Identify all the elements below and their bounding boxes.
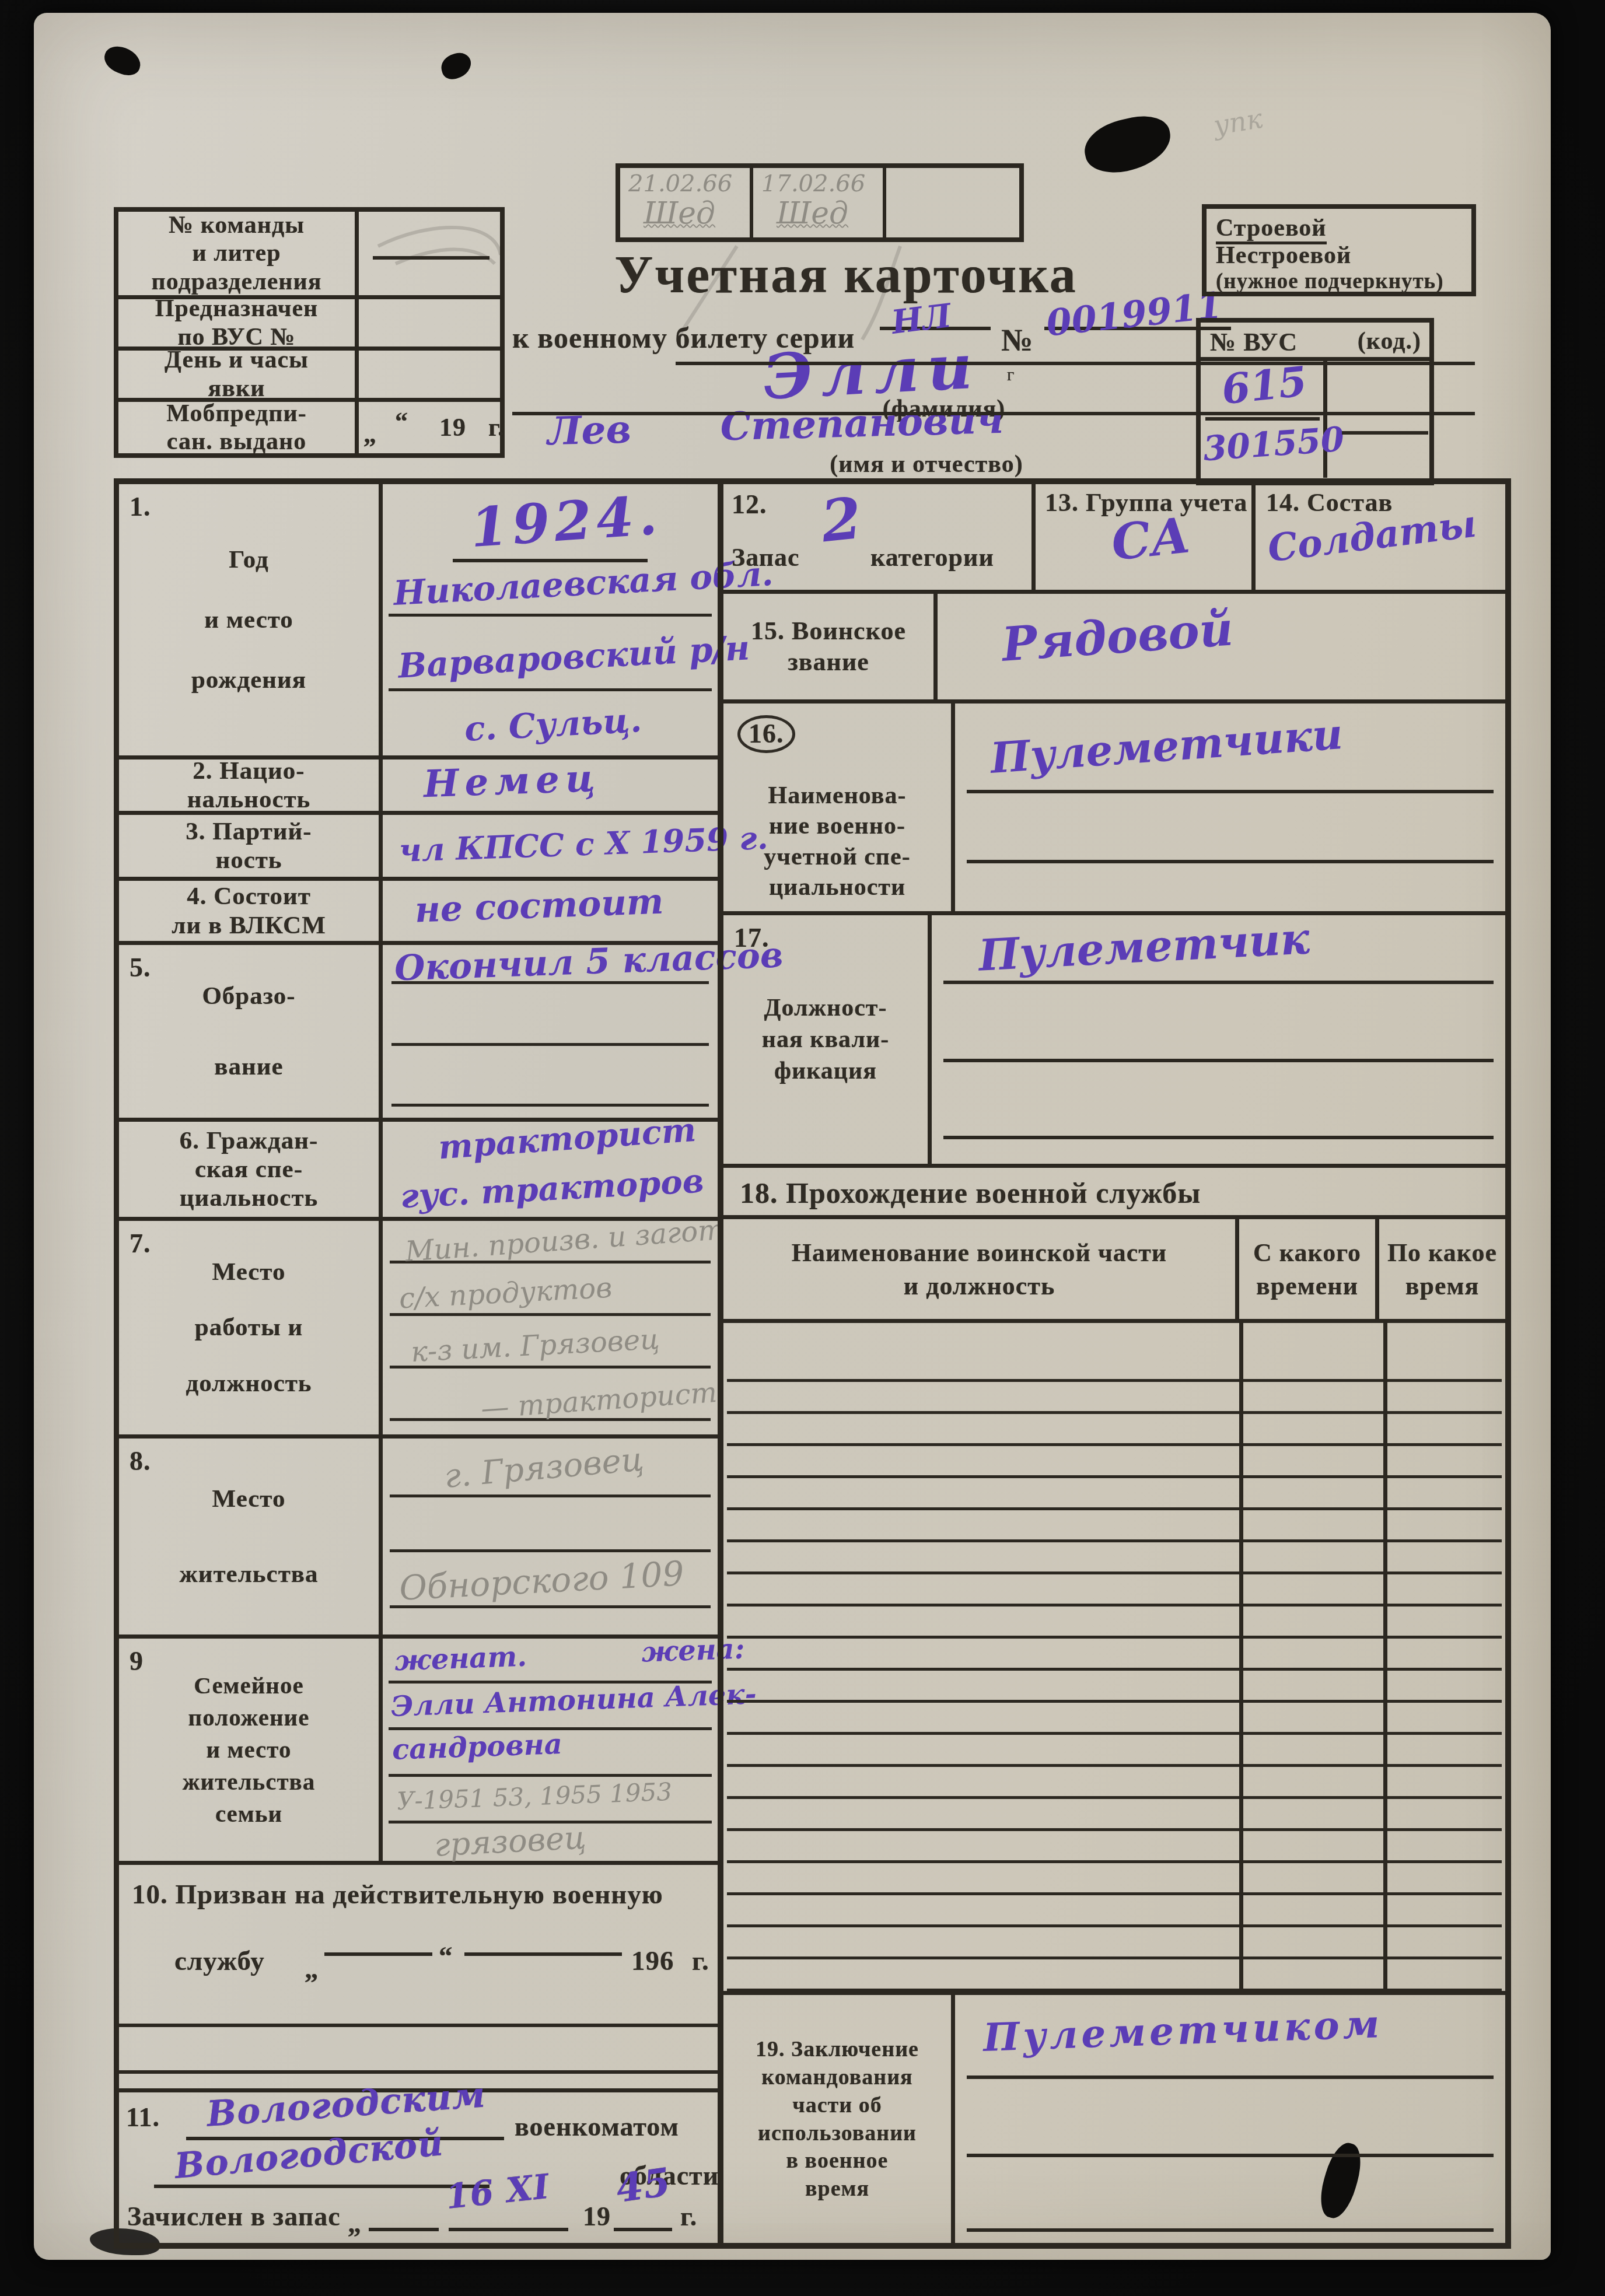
corner-row-vus: Предназначен по ВУС № — [118, 299, 500, 351]
corner-row-label: и литер — [192, 240, 281, 266]
item-number: 8. — [130, 1447, 151, 1476]
registration-stamp-box: 21.02.66 Шед 17.02.66 Шед — [616, 163, 1024, 242]
item-label: ли в ВЛКСМ — [172, 912, 326, 939]
account-group-handwritten: СА — [1109, 506, 1193, 572]
birth-place-handwritten: Николаевская обл. — [393, 554, 774, 613]
reserve-print: Зачислен в запас — [127, 2201, 341, 2232]
komsomol-handwritten: не состоит — [414, 881, 665, 931]
drafted-text: службу — [174, 1945, 265, 1977]
residence-pencil: Обнорского 109 — [398, 1553, 686, 1608]
rule-line — [389, 688, 712, 691]
reserve-category-handwritten: 2 — [818, 485, 865, 555]
item-17-qualification: 17. Должност- ная квали- фикация Пулемет… — [723, 915, 1505, 1168]
column-header-unit: Наименование воинской частии должность — [723, 1219, 1239, 1319]
rule-line — [390, 1549, 711, 1552]
civil-specialty-handwritten: гус. тракторов — [400, 1161, 705, 1216]
service-table-header: Наименование воинской частии должность С… — [723, 1219, 1505, 1323]
rule-line — [967, 2075, 1494, 2079]
reserve-day-handwritten: 16 XI — [444, 2166, 551, 2217]
item-number: 12. — [732, 489, 767, 520]
item-label: положение — [188, 1704, 310, 1731]
stamp-date: 21.02.66 — [628, 170, 732, 197]
item-5-education: 5. Образо- вание Окончил 5 классов — [119, 945, 718, 1122]
voenkomat-print: военкоматом — [515, 2111, 679, 2142]
item-label: звание — [788, 648, 869, 676]
page-title: Учетная карточка — [537, 245, 1155, 305]
item-label: 3. Партий- — [186, 818, 312, 845]
item-number: 9 — [130, 1647, 144, 1676]
stamp-cell: 17.02.66 Шед — [753, 168, 886, 237]
service-table-body — [723, 1323, 1505, 1995]
rule-line — [967, 2154, 1494, 2157]
number-sign: № — [1001, 322, 1033, 358]
right-column: 12. Запас 2 категории 13. Группа учета С… — [718, 478, 1511, 2249]
item-label: рождения — [191, 666, 306, 694]
item-label: использовании — [758, 2122, 917, 2146]
corner-row-label: по ВУС № — [177, 324, 295, 350]
corner-row-label: явки — [208, 376, 265, 401]
residence-pencil: г. Грязовец — [443, 1440, 645, 1496]
stamp-signature: Шед — [777, 196, 848, 231]
item-label: Должност- — [764, 995, 887, 1021]
item-label: Наименова- — [768, 782, 907, 809]
item-label: Год — [229, 546, 269, 573]
corner-row-team: № команды и литер подразделения — [118, 212, 500, 299]
rule-line — [324, 1952, 432, 1956]
quote-mark: „ — [305, 1954, 319, 1985]
rule-line — [464, 1952, 622, 1956]
stamp-cell — [886, 168, 1019, 237]
rule-line — [390, 1494, 711, 1497]
specialty-handwritten: Пулеметчики — [989, 709, 1344, 783]
item-number: 17. — [734, 923, 770, 953]
item-label: учетной спе- — [764, 843, 910, 870]
item-label: должность — [186, 1370, 312, 1397]
corner-row-label: № команды — [169, 212, 305, 238]
item-label: жительства — [183, 1769, 315, 1795]
item-label: жительства — [180, 1560, 319, 1588]
item-number: 11. — [126, 2102, 160, 2133]
birth-place-handwritten: Варваровский р/н — [397, 628, 751, 685]
item-label: ность — [215, 846, 282, 874]
item-label: Место — [212, 1485, 286, 1513]
item-11-reserve: 11. Вологодским военкоматом Вологодской … — [119, 2092, 718, 2244]
item-label: вание — [214, 1053, 283, 1080]
rule-line — [391, 1104, 709, 1107]
item-2-nationality: 2. Нацио- нальность Немец — [119, 759, 718, 815]
family-pencil: грязовец — [433, 1819, 588, 1864]
column-header-from: С какоговремени — [1239, 1219, 1379, 1319]
item-label: 15. Воинское — [751, 617, 906, 645]
vus-label: № ВУС — [1210, 327, 1298, 357]
workplace-pencil: Мин. произв. и загот — [404, 1213, 725, 1268]
nationality-handwritten: Немец — [423, 757, 602, 807]
noncombat-option: Нестроевой — [1216, 242, 1351, 269]
year-prefix: 19 — [439, 412, 466, 442]
composition-label: 14. Состав — [1266, 488, 1393, 517]
item-label: ская спе- — [195, 1156, 303, 1183]
drafted-text: 10. Призван на действительную военную — [132, 1879, 663, 1910]
rule-line — [154, 2185, 489, 2188]
rule-line — [943, 981, 1494, 984]
corner-row-label: День и часы — [165, 347, 309, 373]
item-number: 1. — [130, 492, 151, 522]
reserve-category-label2: категории — [870, 542, 994, 572]
rule-line — [967, 790, 1494, 793]
reserve-year-suffix: г. — [680, 2201, 697, 2232]
item-label: работы и — [195, 1314, 303, 1341]
workplace-pencil: с/х продуктов — [398, 1271, 613, 1315]
rule-line — [943, 1136, 1494, 1139]
service-record-title: 18. Прохождение военной службы — [740, 1176, 1201, 1210]
scan-background: № команды и литер подразделения Предназн… — [0, 0, 1605, 2296]
draft-year-print: 196 — [631, 1945, 674, 1977]
rule-line — [119, 2024, 718, 2027]
combat-option: Строевой — [1216, 215, 1327, 244]
corner-row-label: сан. выдано — [167, 429, 306, 454]
rank-handwritten: Рядовой — [1000, 601, 1235, 671]
underline-note: (нужное подчеркнуть) — [1216, 269, 1444, 293]
item-label: командования — [761, 2066, 912, 2090]
stamp-cell: 21.02.66 Шед — [620, 168, 753, 237]
rule-line — [1342, 431, 1428, 435]
qualification-handwritten: Пулеметчик — [977, 914, 1311, 981]
rule-line — [369, 2228, 439, 2231]
rule-line — [389, 614, 712, 617]
items-12-13-14: 12. Запас 2 категории 13. Группа учета С… — [723, 484, 1505, 594]
card-paper: № команды и литер подразделения Предназн… — [34, 13, 1551, 2260]
item-label: ние военно- — [769, 813, 905, 839]
quote-mark: „ — [363, 419, 377, 449]
family-handwritten: Элли Антонина Алек- — [390, 1678, 757, 1723]
item-label: и место — [204, 606, 293, 633]
corner-row-mobissued: Мобпредпи- сан. выдано „ “ 19 г. — [118, 402, 500, 453]
workplace-pencil: к-з им. Грязовец — [410, 1323, 660, 1368]
conclusion-handwritten: Пулеметчиком — [982, 2001, 1384, 2060]
item-label: время — [805, 2177, 869, 2201]
item-label: 19. Заключение — [756, 2038, 919, 2062]
rule-line — [449, 2228, 568, 2231]
item-label: 2. Нацио- — [193, 757, 305, 785]
item-label: части об — [792, 2094, 882, 2118]
quote-mark: “ — [395, 407, 408, 436]
party-handwritten: чл КПСС с X 1959 г. — [398, 819, 768, 869]
corner-row-time: День и часы явки — [118, 351, 500, 402]
birth-place-handwritten: с. Сульц. — [463, 700, 642, 749]
item-label: фикация — [774, 1058, 877, 1084]
item-3-party: 3. Партий- ность чл КПСС с X 1959 г. — [119, 815, 718, 881]
draft-year-suffix: г. — [692, 1945, 709, 1977]
rule-line — [389, 1774, 712, 1777]
item-6-civil-specialty: 6. Граждан- ская спе- циальность трактор… — [119, 1122, 718, 1221]
item-label: Семейное — [194, 1672, 303, 1699]
mobilization-corner-box: № команды и литер подразделения Предназн… — [114, 207, 505, 458]
item-9-family: 9 Семейное положение и место жительства … — [119, 1639, 718, 1865]
item-label: нальность — [187, 786, 311, 813]
item-19-conclusion: 19. Заключение командования части об исп… — [723, 1995, 1505, 2244]
item-number: 7. — [130, 1229, 151, 1259]
series-caption: г — [1007, 365, 1015, 385]
vus-code-label: (код.) — [1358, 327, 1421, 355]
item-7-workplace: 7. Место работы и должность Мин. произв.… — [119, 1221, 718, 1438]
rule-line — [119, 2070, 718, 2074]
item-number: 5. — [130, 953, 151, 983]
vus-code-box: № ВУС (код.) 615 301550 — [1196, 318, 1434, 485]
reserve-category-label: Запас — [732, 542, 800, 572]
item-1-birth: 1. Год и место рождения 1924. Николаевск… — [119, 484, 718, 759]
item-10-drafted: 10. Призван на действительную военную сл… — [119, 1865, 718, 2092]
stamp-date: 17.02.66 — [761, 170, 865, 197]
item-8-residence: 8. Место жительства г. Грязовец Обнорско… — [119, 1438, 718, 1639]
divider — [1239, 1323, 1243, 1991]
quote-mark: “ — [439, 1941, 453, 1972]
item-number-circled: 16. — [737, 715, 795, 753]
item-label: Образо- — [202, 982, 295, 1010]
stamp-signature: Шед — [644, 196, 715, 231]
rule-line — [1205, 417, 1320, 421]
divider — [1383, 1323, 1387, 1991]
rule-line — [391, 1043, 709, 1046]
item-label: в военное — [786, 2149, 889, 2173]
vus-number-handwritten: 615 — [1219, 357, 1309, 414]
birth-year-handwritten: 1924. — [468, 484, 664, 560]
name-caption: (имя и отчество) — [722, 450, 1131, 478]
rule-line — [614, 2228, 672, 2231]
item-16-military-specialty: 16. Наименова- ние военно- учетной спе- … — [723, 703, 1505, 915]
item-4-komsomol: 4. Состоит ли в ВЛКСМ не состоит — [119, 881, 718, 945]
item-label: 6. Граждан- — [180, 1127, 319, 1154]
rule-line — [390, 1313, 711, 1316]
corner-row-label: подразделения — [152, 269, 322, 295]
column-header-to: По какоевремя — [1379, 1219, 1505, 1319]
reserve-year-print: 19 — [583, 2201, 611, 2232]
rule-line — [967, 2228, 1494, 2232]
reserve-year-handwritten: 45 — [613, 2159, 674, 2211]
corner-row-label: Предназначен — [155, 296, 318, 321]
rule-line — [373, 256, 489, 260]
item-label: циальность — [180, 1184, 319, 1212]
item-15-rank: 15. Воинское звание Рядовой — [723, 594, 1505, 703]
item-18-caption: 18. Прохождение военной службы — [723, 1168, 1505, 1219]
quote-mark: „ — [348, 2208, 362, 2239]
year-suffix: г. — [488, 412, 505, 442]
corner-row-label: Мобпредпи- — [166, 401, 306, 426]
item-label: семьи — [215, 1801, 282, 1827]
rule-line — [943, 1059, 1494, 1062]
item-label: циальности — [769, 874, 905, 901]
left-column: 1. Год и место рождения 1924. Николаевск… — [114, 478, 718, 2249]
rule-line — [967, 860, 1494, 863]
family-pencil: У-1951 53, 1955 1953 — [396, 1777, 672, 1815]
item-label: 4. Состоит — [187, 883, 311, 910]
family-handwritten: сандровна — [391, 1728, 563, 1766]
item-label: и место — [207, 1737, 292, 1763]
item-label: Место — [212, 1258, 286, 1286]
family-handwritten: женат. жена: — [394, 1633, 745, 1678]
combat-status-box: Строевой Нестроевой (нужное подчеркнуть) — [1202, 204, 1476, 296]
item-label: ная квали- — [762, 1026, 889, 1053]
